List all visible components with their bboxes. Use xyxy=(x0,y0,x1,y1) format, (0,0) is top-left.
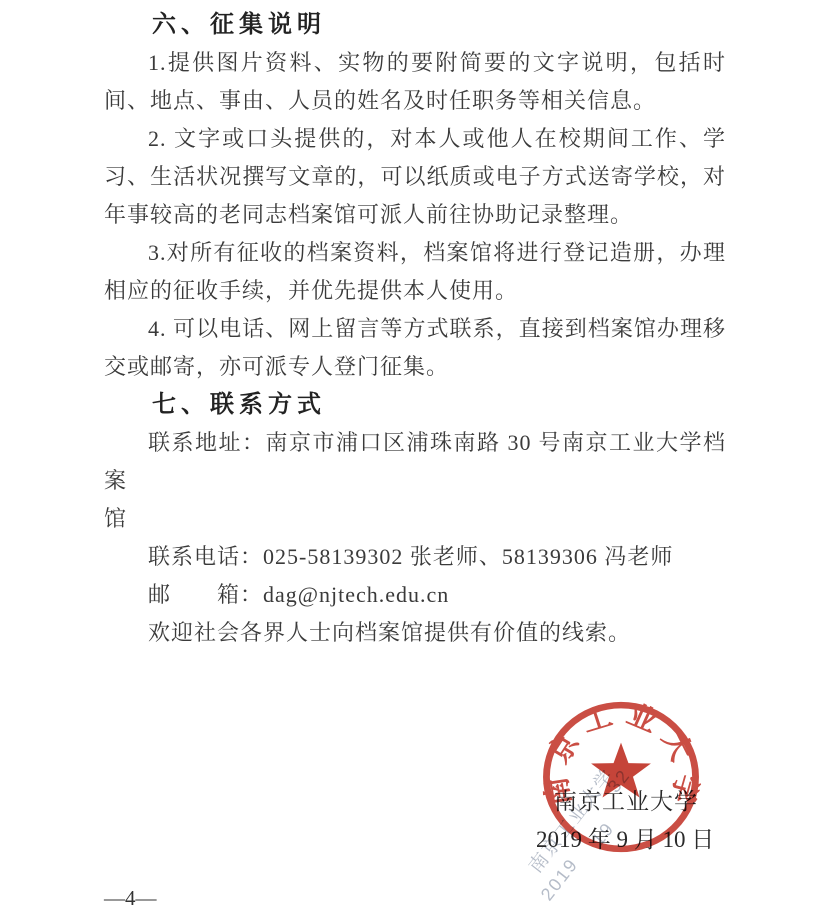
seal-star-icon xyxy=(591,743,651,798)
contact-phone: 联系电话：025-58139302 张老师、58139306 冯老师 xyxy=(104,538,726,576)
contact-address-line-2: 馆 xyxy=(104,500,726,538)
section-7-heading: 七、联系方式 xyxy=(104,386,726,424)
official-seal-stamp: 南京工业大学 xyxy=(537,696,705,858)
paragraph-4: 4. 可以电话、网上留言等方式联系，直接到档案馆办理移交或邮寄，亦可派专人登门征… xyxy=(104,310,726,386)
page-number: —4— xyxy=(104,886,157,911)
contact-email: 邮 箱：dag@njtech.edu.cn xyxy=(104,576,726,614)
paragraph-3: 3.对所有征收的档案资料，档案馆将进行登记造册，办理相应的征收手续，并优先提供本… xyxy=(104,234,726,310)
document-page: 六、征集说明 1.提供图片资料、实物的要附简要的文字说明，包括时间、地点、事由、… xyxy=(0,0,827,924)
document-body: 六、征集说明 1.提供图片资料、实物的要附简要的文字说明，包括时间、地点、事由、… xyxy=(104,6,726,652)
section-6-heading: 六、征集说明 xyxy=(104,6,726,44)
paragraph-1: 1.提供图片资料、实物的要附简要的文字说明，包括时间、地点、事由、人员的姓名及时… xyxy=(104,44,726,120)
closing-line: 欢迎社会各界人士向档案馆提供有价值的线索。 xyxy=(104,614,726,652)
contact-address-line-1: 联系地址：南京市浦口区浦珠南路 30 号南京工业大学档案 xyxy=(104,424,726,500)
paragraph-2: 2. 文字或口头提供的，对本人或他人在校期间工作、学习、生活状况撰写文章的，可以… xyxy=(104,120,726,234)
